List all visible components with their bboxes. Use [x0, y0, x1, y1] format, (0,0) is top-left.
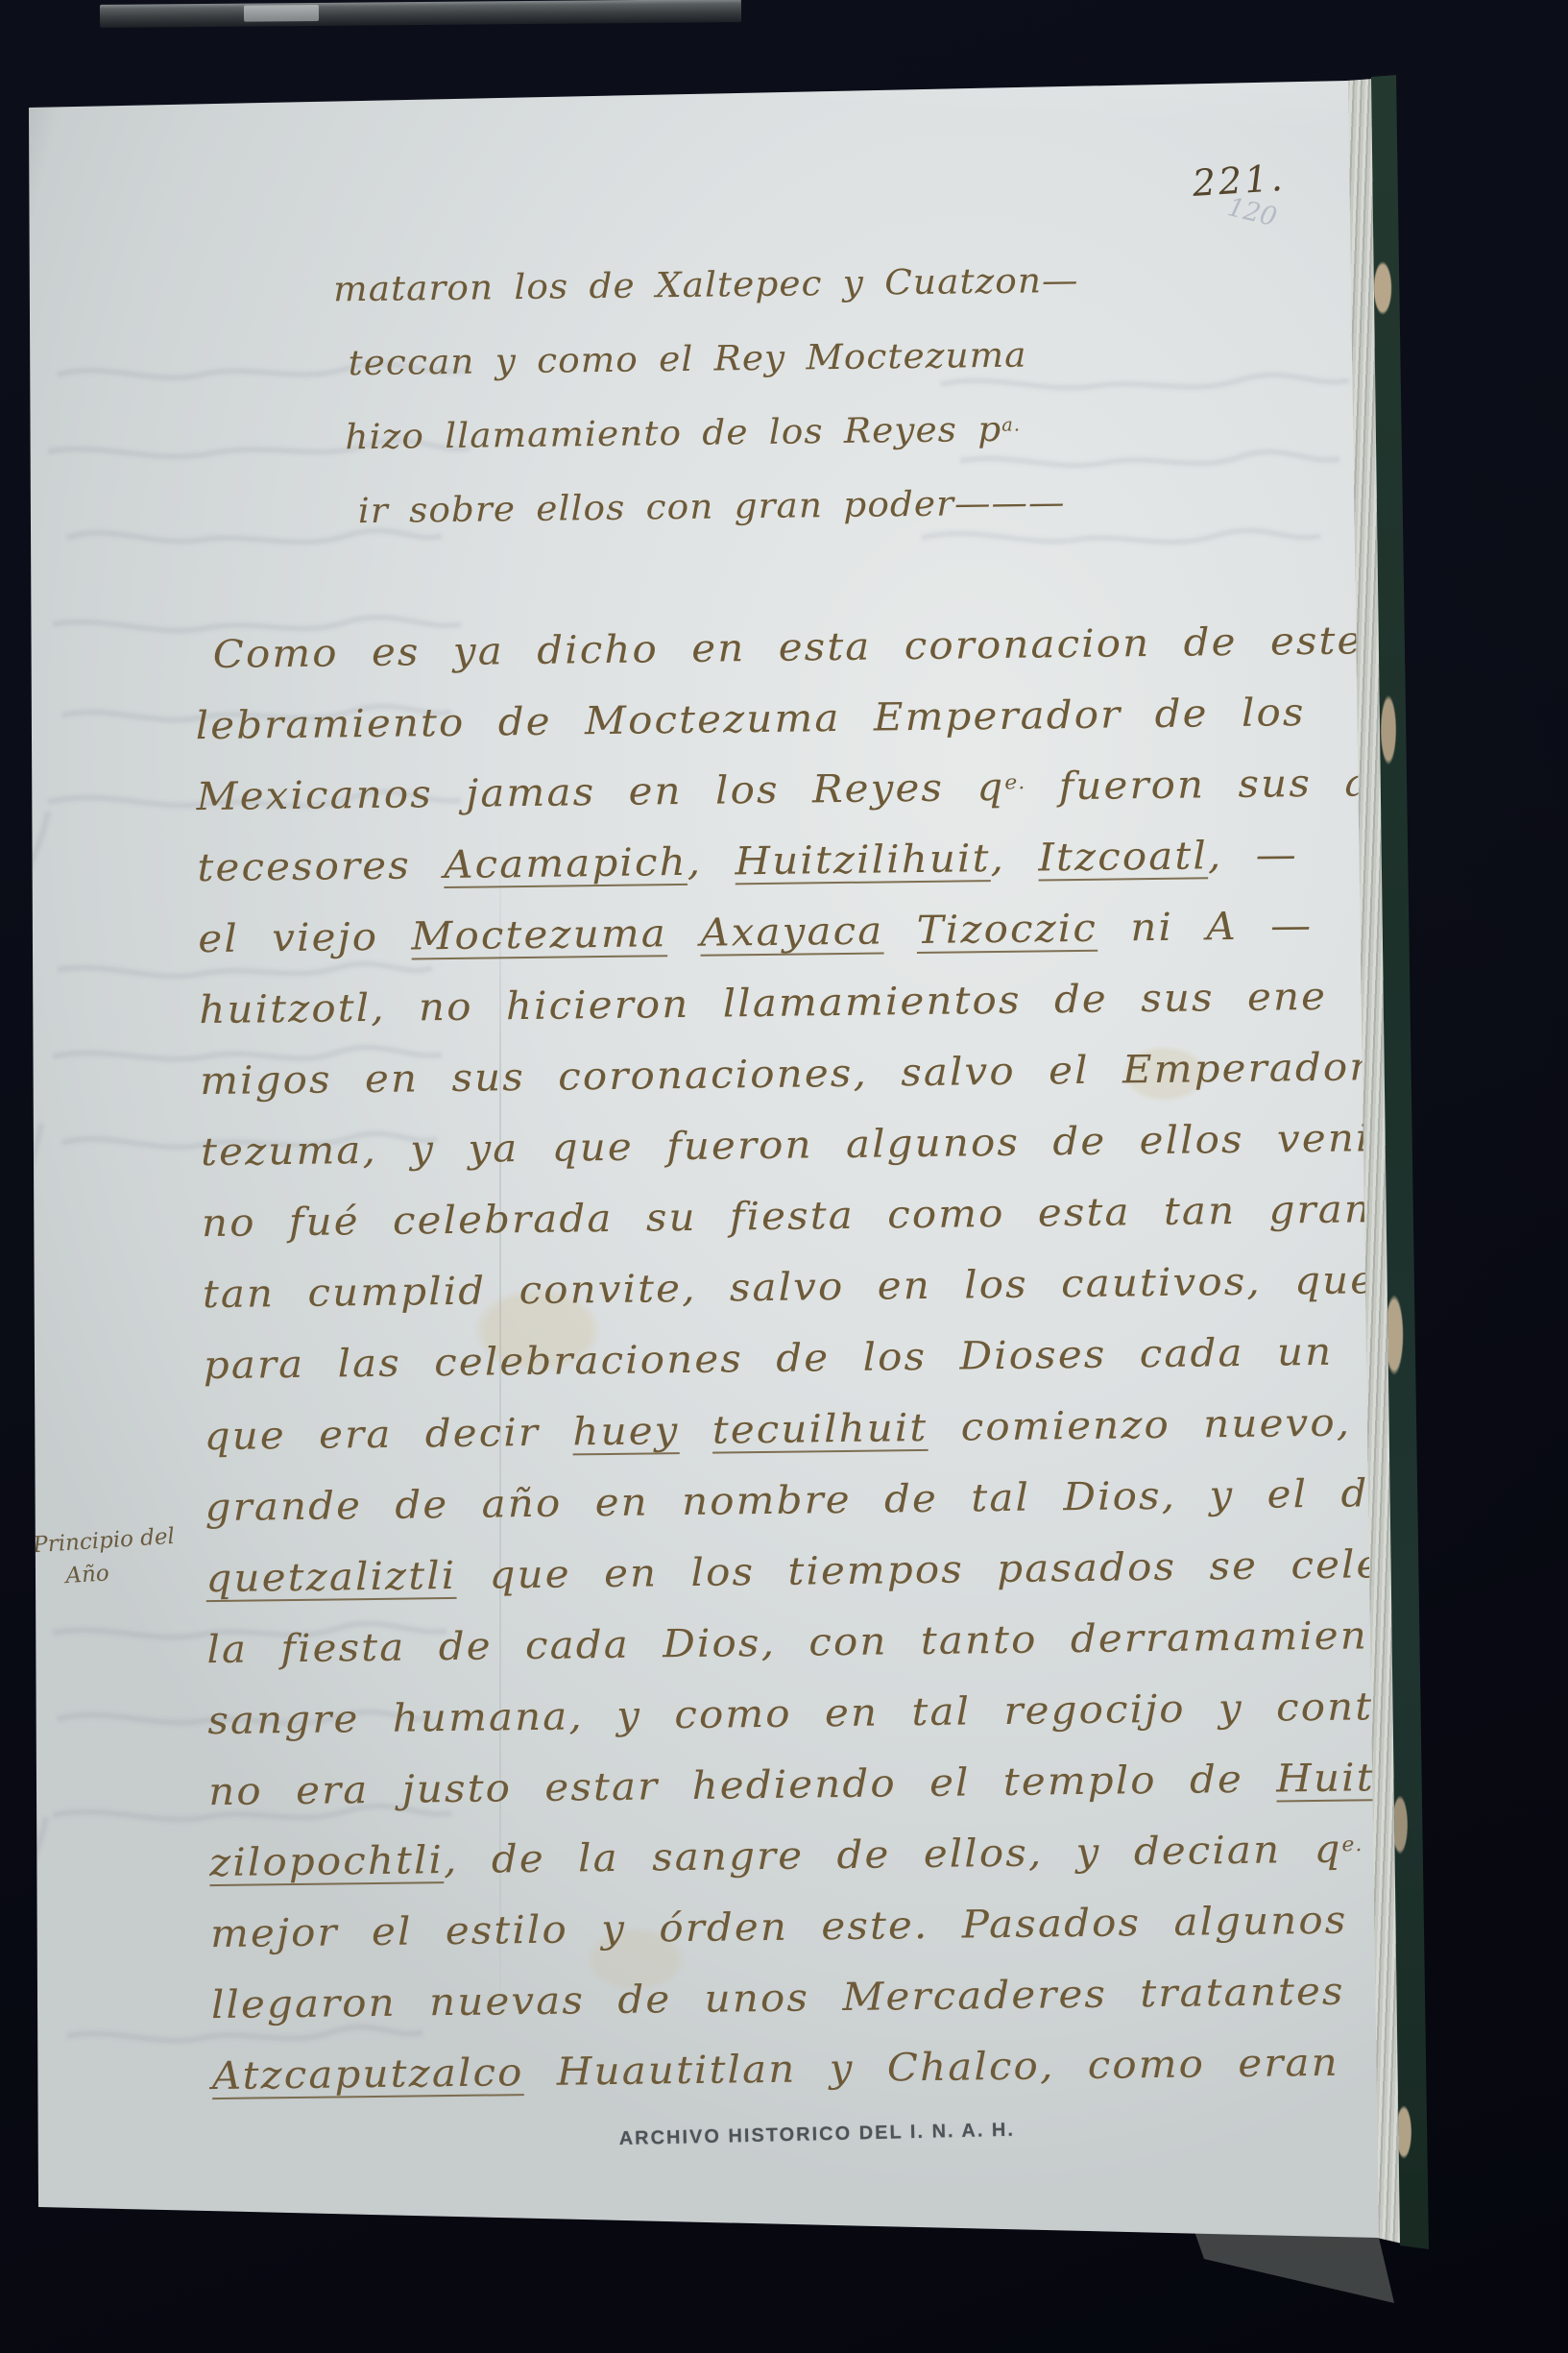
handwritten-line: ir sobre ellos con gran poder——— [336, 483, 1082, 566]
underlined-word: zilopochtli [209, 1838, 444, 1885]
handwritten-line: teccan y como el Rey Moctezuma [334, 335, 1080, 418]
ink-layer: 221. 120 mataron los de Xaltepec y Cuatz… [0, 0, 1568, 2353]
underlined-word: Axayaca [700, 909, 884, 955]
text-segment: tecesores [197, 843, 444, 890]
underlined-word: huey [572, 1409, 680, 1454]
text-segment: e. [1341, 1832, 1363, 1856]
underlined-word: quetzaliztli [205, 1554, 456, 1601]
text-segment: el viejo [198, 914, 412, 961]
underlined-word: Huit [1276, 1756, 1375, 1801]
text-segment: , [687, 839, 735, 885]
text-segment: Como es ya dicho en esta coronacion de e… [212, 617, 1515, 677]
text-segment: , — [1208, 833, 1298, 878]
text-segment: mataron los de Xaltepec y Cuatzon— [333, 261, 1079, 309]
text-segment [883, 909, 917, 953]
handwritten-line: Atzcaputzalco Huautitlan y Chalco, como … [212, 2038, 1554, 2125]
book-cover-top-notch [244, 5, 319, 22]
handwritten-line: mataron los de Xaltepec y Cuatzon— [333, 261, 1079, 344]
text-segment: que era decir [204, 1410, 572, 1459]
text-segment: comienzo nuevo, y [928, 1400, 1410, 1450]
text-segment: Mexicanos jamas en los Reyes q [196, 765, 1004, 819]
text-segment: ni A — [1098, 904, 1314, 951]
underlined-word: Acamapich [444, 840, 688, 887]
margin-note: Principio del Año [32, 1517, 218, 1594]
book-cover-top-edge [100, 0, 741, 28]
text-segment [667, 911, 701, 956]
text-segment: teccan y como el Rey Moctezuma [348, 336, 1026, 384]
text-segment: a. [1001, 415, 1021, 435]
handwritten-line: hizo llamamiento de los Reyes pa. [335, 409, 1081, 492]
underlined-word: Itzcoatl [1038, 834, 1208, 880]
text-segment [679, 1409, 712, 1453]
manuscript-page: 221. 120 mataron los de Xaltepec y Cuatz… [0, 0, 1568, 2353]
text-segment: hizo llamamiento de los Reyes p [345, 410, 1001, 457]
underlined-word: tecuilhuit [712, 1406, 929, 1453]
text-segment: Huautitlan y Chalco, como eran [523, 2041, 1339, 2095]
photo-background: 221. 120 mataron los de Xaltepec y Cuatz… [0, 0, 1568, 2353]
underlined-word: Tizoczic [916, 907, 1098, 953]
chapter-heading: mataron los de Xaltepec y Cuatzon—teccan… [333, 261, 1053, 566]
manuscript-body: Como es ya dicho en esta coronacion de e… [194, 618, 1488, 2125]
text-segment: , [990, 836, 1038, 881]
underlined-word: Huitzilihuit [735, 837, 991, 884]
text-segment: ir sobre ellos con gran poder——— [358, 483, 1066, 531]
text-segment: e. [1004, 770, 1025, 793]
underlined-word: Moctezuma [411, 911, 667, 958]
archive-stamp: ARCHIVO HISTORICO DEL I. N. A. H. [618, 2120, 1015, 2150]
underlined-word: Atzcaputzalco [212, 2050, 524, 2098]
